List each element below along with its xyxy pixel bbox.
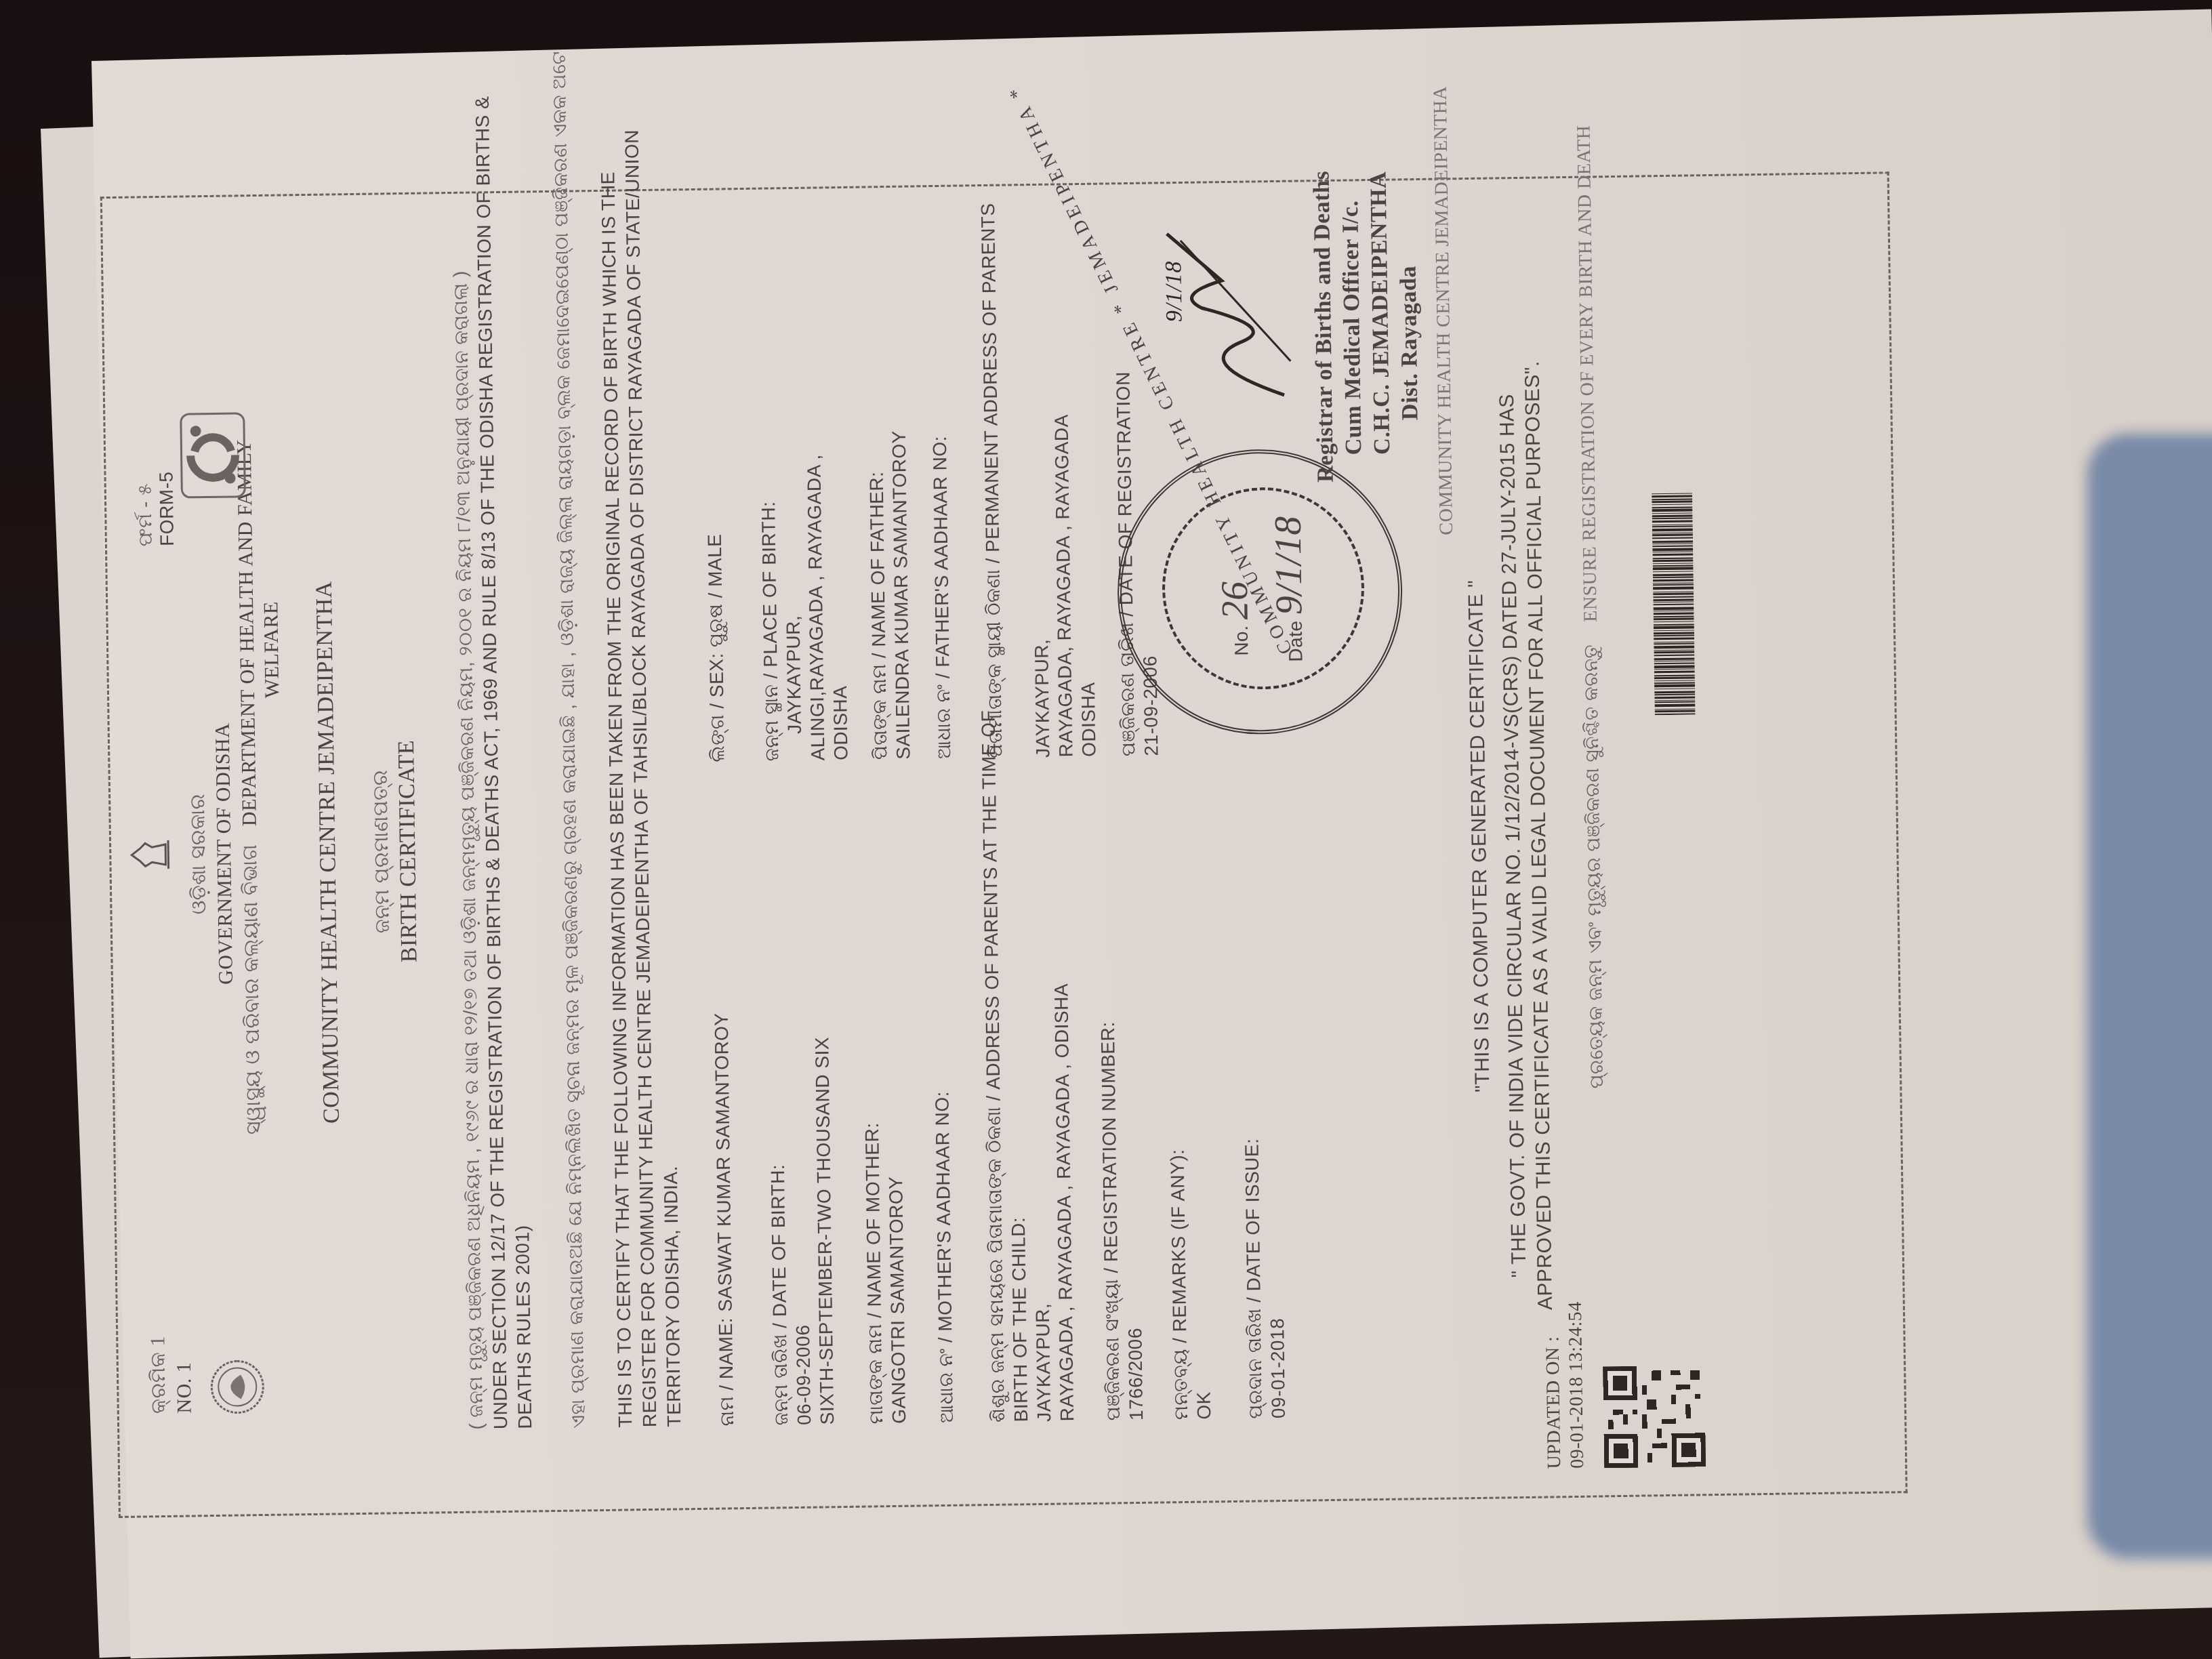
footer-ensure-odia: ପ୍ରତ୍ୟେକ ଜନ୍ମ ଏବଂ ମୃତ୍ୟୁର ପଞ୍ଜିକରଣ ସୁନିଶ… — [1580, 644, 1607, 1089]
issue-date-value: 09-01-2018 — [1266, 1318, 1290, 1419]
qr-code — [1603, 1365, 1706, 1468]
health-logo-icon — [180, 412, 246, 498]
signatory-line4: Dist. Rayagada — [1395, 266, 1424, 421]
sex-value: ପୁରୁଷ / MALE — [704, 533, 726, 647]
address-perm-value-3: ODISHA — [1077, 682, 1101, 757]
pob-label: ଜନ୍ମ ସ୍ଥାନ / PLACE OF BIRTH: — [757, 501, 783, 761]
stamp-date-label: Date — [1285, 620, 1307, 662]
dob-value: 06-09-2006 — [792, 1324, 816, 1425]
updated-value: 09-01-2018 13:24:54 — [1564, 1301, 1589, 1469]
reg-number-label: ପଞ୍ଜିକରଣ ସଂଖ୍ୟା / REGISTRATION NUMBER: — [1097, 1021, 1125, 1421]
remarks-label: ମନ୍ତବ୍ୟ / REMARKS (IF ANY): — [1166, 1149, 1193, 1420]
stamp-no-label: No. — [1231, 625, 1252, 656]
reg-number-value: 1766/2006 — [1124, 1328, 1148, 1420]
serial-odia: କ୍ରମିକ 1 — [145, 1336, 172, 1414]
form-number: FORM-5 — [155, 471, 179, 546]
address-perm-value-1: JAYKAYPUR, — [1030, 638, 1054, 758]
ashoka-emblem-icon — [125, 831, 173, 879]
mother-name-value: GANGOTRI SAMANTOROY — [884, 1176, 911, 1424]
birth-certificate: କ୍ରମିକ 1 NO. 1 ଓଡ଼ିଶା ସରକାର GOVERNMENT O… — [100, 171, 1908, 1518]
address-birth-label2: BIRTH OF THE CHILD: — [1007, 1217, 1033, 1422]
address-birth-label: ଶିଶୁର ଜନ୍ମ ସମୟରେ ପିତାମାତାଙ୍କ ଠିକଣା / ADD… — [977, 710, 1010, 1422]
pob-value-3: ODISHA — [829, 685, 853, 760]
issuing-office: COMMUNITY HEALTH CENTRE JEMADEIPENTHA — [306, 191, 351, 1513]
signatory-line1: Registrar of Births and Deaths — [1308, 171, 1339, 483]
pob-value-1: JAYKAYPUR, — [781, 615, 806, 735]
signatory-line2: Cum Medical Officer I/c. — [1337, 200, 1368, 455]
footer-ensure: ENSURE REGISTRATION OF EVERY BIRTH AND D… — [1574, 125, 1601, 622]
mother-aadhaar-label: ଆଧାର ନଂ / MOTHER'S AADHAAR NO: — [930, 1091, 958, 1423]
father-aadhaar-label: ଆଧାର ନଂ / FATHER'S AADHAAR NO: — [928, 436, 956, 759]
sex-label: ଲିଙ୍ଗ / SEX: — [705, 653, 728, 762]
name-label: ନାମ / NAME: — [715, 1317, 737, 1427]
certify-text-line3: TERRITORY ODISHA, INDIA. — [659, 1166, 686, 1427]
pob-value-2: ALINGI,RAYAGADA , RAYAGADA , — [802, 454, 829, 761]
dob-label: ଜନ୍ମ ତାରିଖ / DATE OF BIRTH: — [766, 1164, 793, 1426]
barcode — [1652, 491, 1696, 715]
stamp-date-value: 9/1/18 — [1267, 516, 1311, 615]
signature-date: 9/1/18 — [1160, 261, 1188, 322]
form-number-odia: ଫର୍ମ - ୫ — [134, 483, 157, 547]
name-field: ନାମ / NAME: SASWAT KUMAR SAMANTOROY — [710, 1012, 739, 1427]
dob-words: SIXTH-SEPTEMBER-TWO THOUSAND SIX — [811, 1037, 839, 1425]
mother-name-label: ମାତାଙ୍କ ନାମ / NAME OF MOTHER: — [861, 1122, 888, 1424]
legal-text-line2: DEATHS RULES 2001) — [511, 1225, 537, 1429]
department-odia: ସ୍ୱାସ୍ଥ୍ୟ ଓ ପରିବାର କଲ୍ୟାଣ ବିଭାଗ — [239, 844, 265, 1134]
blue-shadow — [2087, 434, 2212, 1559]
address-birth-value-1: JAYKAYPUR, — [1031, 1303, 1056, 1422]
address-perm-label: ପିତାମାତାଙ୍କ ସ୍ଥାୟୀ ଠିକଣା / PERMANENT ADD… — [977, 203, 1007, 758]
issue-date-label: ପ୍ରଦାନ ତାରିଖ / DATE OF ISSUE: — [1240, 1138, 1267, 1418]
certificate-rotated-container: କ୍ରମିକ 1 NO. 1 ଓଡ଼ିଶା ସରକାର GOVERNMENT O… — [100, 171, 1908, 1518]
remarks-value: OK — [1193, 1391, 1216, 1420]
stamp-no-value: 26 — [1214, 581, 1256, 620]
sex-field: ଲିଙ୍ଗ / SEX: ପୁରୁଷ / MALE — [703, 533, 730, 762]
name-value: SASWAT KUMAR SAMANTOROY — [711, 1012, 736, 1312]
signatory-line3: C.H.C. JEMADEIPENTHA — [1365, 171, 1396, 455]
address-perm-value-2: RAYAGADA, RAYAGADA , RAYAGADA — [1050, 414, 1078, 758]
certify-text-odia: ଏହା ପ୍ରମାଣ କରାଯାଉଅଛି ଯେ ନିମ୍ନଲିଖିତ ସୂଚନା… — [548, 51, 590, 1429]
father-name-value: SAILENDRA KUMAR SAMANTOROY — [888, 430, 916, 760]
